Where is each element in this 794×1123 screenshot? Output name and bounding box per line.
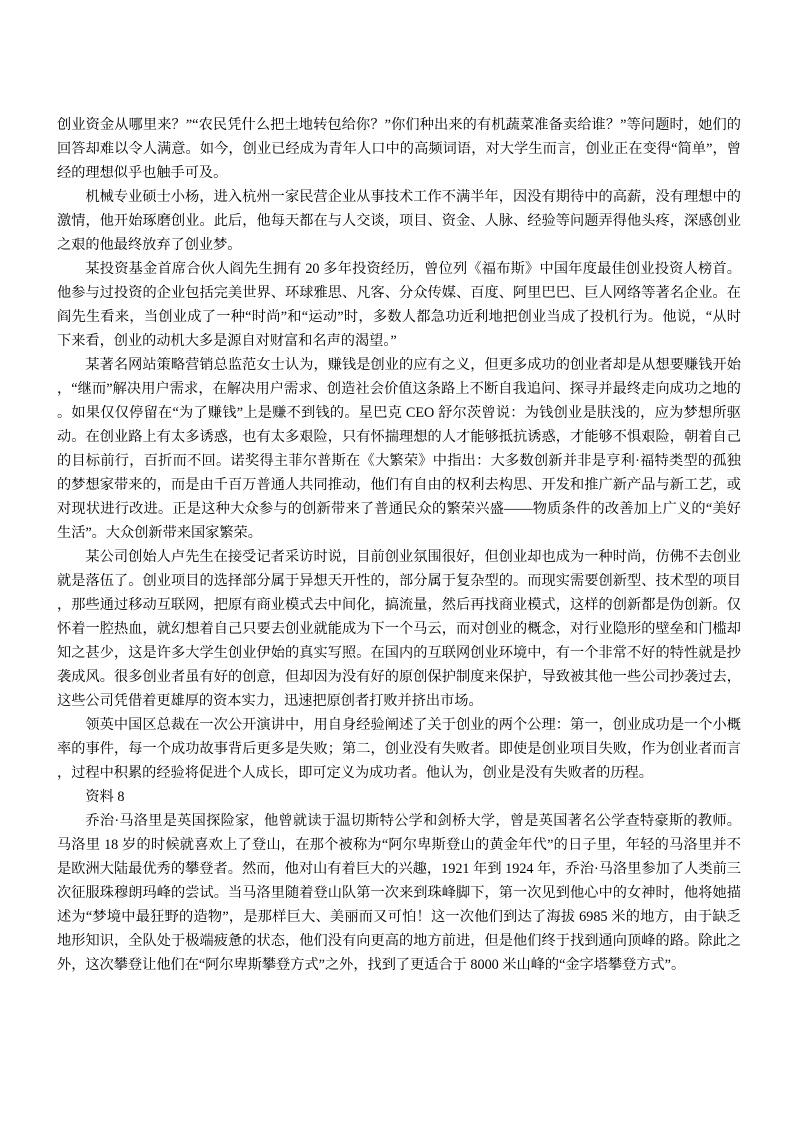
paragraph-investor-yan: 某投资基金首席合伙人阎先生拥有 20 多年投资经历，曾位列《福布斯》中国年度最佳…	[57, 257, 741, 353]
document-body: 创业资金从哪里来？”“农民凭什么把土地转包给你？”你们种出来的有机蔬菜准备卖给谁…	[57, 113, 741, 977]
section-heading-ziliao-8: 资料 8	[57, 785, 741, 809]
paragraph-xiaoyang: 机械专业硕士小杨，进入杭州一家民营企业从事技术工作不满半年，因没有期待中的高薪，…	[57, 185, 741, 257]
paragraph-marketing-director-fan: 某著名网站策略营销总监范女士认为，赚钱是创业的应有之义，但更多成功的创业者却是从…	[57, 353, 741, 545]
paragraph-continuation: 创业资金从哪里来？”“农民凭什么把土地转包给你？”你们种出来的有机蔬菜准备卖给谁…	[57, 113, 741, 185]
paragraph-george-mallory: 乔治·马洛里是英国探险家，他曾就读于温切斯特公学和剑桥大学，曾是英国著名公学查特…	[57, 809, 741, 977]
paragraph-founder-lu: 某公司创始人卢先生在接受记者采访时说，目前创业氛围很好，但创业却也成为一种时尚，…	[57, 545, 741, 713]
document-page: 创业资金从哪里来？”“农民凭什么把土地转包给你？”你们种出来的有机蔬菜准备卖给谁…	[0, 0, 794, 1123]
paragraph-linkedin-president: 领英中国区总裁在一次公开演讲中，用自身经验阐述了关于创业的两个公理：第一，创业成…	[57, 713, 741, 785]
